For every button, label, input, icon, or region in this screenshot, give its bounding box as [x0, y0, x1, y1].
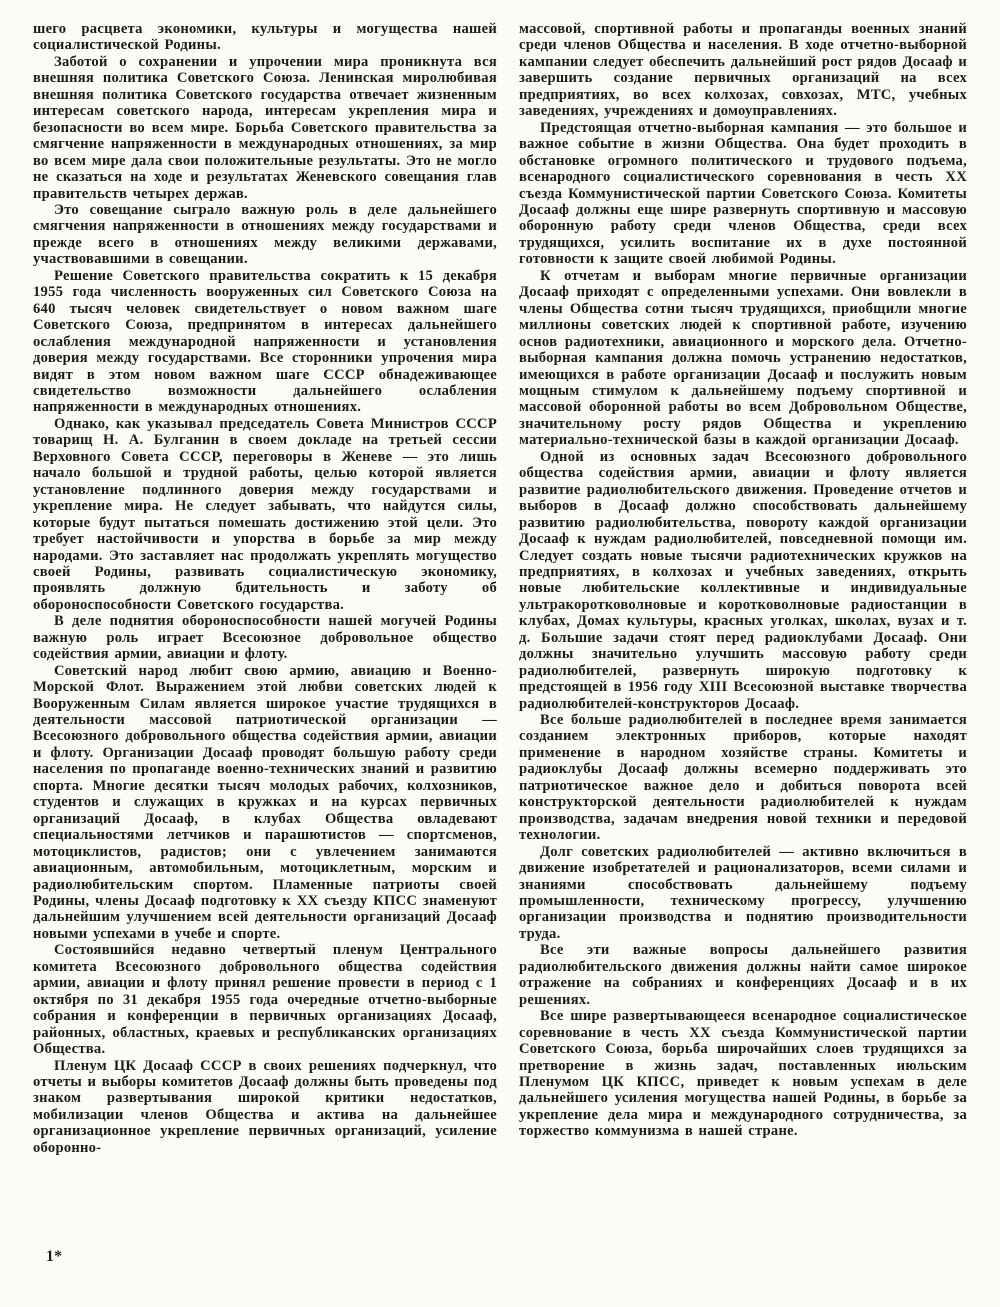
paragraph: Все шире развертывающееся всенародное со…: [519, 1008, 967, 1140]
right-column: массовой, спортивной работы и пропаганды…: [519, 21, 967, 1261]
paragraph: Заботой о сохранении и упрочении мира пр…: [33, 54, 497, 202]
paragraph: Решение Советского правительства сократи…: [33, 268, 497, 416]
paragraph: Это совещание сыграло важную роль в деле…: [33, 202, 497, 268]
paragraph: Все эти важные вопросы дальнейшего разви…: [519, 942, 967, 1008]
left-column: шего расцвета экономики, культуры и могу…: [33, 21, 497, 1261]
paragraph: Все больше радиолюбителей в последнее вр…: [519, 712, 967, 844]
paragraph: Советский народ любит свою армию, авиаци…: [33, 663, 497, 943]
signature-mark: 1*: [46, 1248, 63, 1266]
paragraph: Состоявшийся недавно четвертый пленум Це…: [33, 942, 497, 1057]
paragraph: шего расцвета экономики, культуры и могу…: [33, 21, 497, 54]
paragraph: Однако, как указывал председатель Совета…: [33, 416, 497, 613]
paragraph: Пленум ЦК Досааф СССР в своих решениях п…: [33, 1058, 497, 1157]
paragraph: В деле поднятия обороноспособности нашей…: [33, 613, 497, 662]
paragraph: массовой, спортивной работы и пропаганды…: [519, 21, 967, 120]
paragraph: К отчетам и выборам многие первичные орг…: [519, 268, 967, 449]
magazine-page: шего расцвета экономики, культуры и могу…: [0, 0, 1000, 1307]
text-columns: шего расцвета экономики, культуры и могу…: [33, 21, 967, 1261]
paragraph: Предстоящая отчетно-выборная кампания — …: [519, 120, 967, 268]
paragraph: Одной из основных задач Всесоюзного добр…: [519, 449, 967, 712]
paragraph: Долг советских радиолюбителей — активно …: [519, 844, 967, 943]
